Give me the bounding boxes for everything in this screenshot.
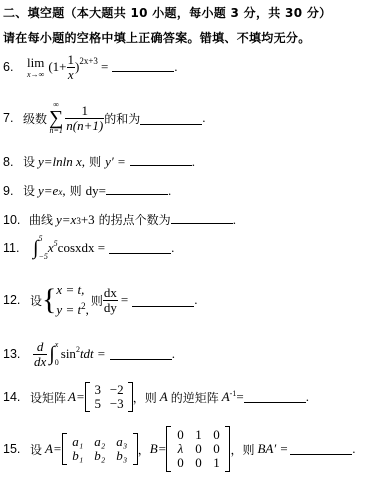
denominator: n(n+1) <box>65 118 104 133</box>
matrix-ref: A <box>160 389 168 405</box>
exponent: 2x+3 <box>79 56 98 66</box>
fraction: 1 n(n+1) <box>65 104 104 133</box>
question-number: 15. <box>3 442 30 456</box>
matrix-a-label: A= <box>45 441 62 457</box>
answer-blank[interactable] <box>244 401 306 403</box>
integral-upper: x <box>55 341 59 349</box>
denominator: dy <box>103 300 118 315</box>
expression-tail: cosxdx = <box>58 240 105 256</box>
expression-2: dy= <box>86 183 106 199</box>
prefix-text: 曲线 <box>29 211 53 228</box>
matrix-cell: 5 <box>90 397 106 411</box>
numerator: 1 <box>81 104 90 118</box>
expression-tail: +3 <box>81 212 95 228</box>
fraction: 1 x <box>67 53 76 82</box>
answer-blank[interactable] <box>106 193 168 195</box>
expression: BA′ = <box>257 441 288 457</box>
prefix-text: 级数 <box>23 110 47 127</box>
matrix-cell: a₃ <box>111 435 133 449</box>
matrix-cell: −2 <box>106 383 128 397</box>
then-text: 则 <box>70 182 82 199</box>
then-text: 则 <box>89 153 101 170</box>
expression: y=e <box>38 183 58 199</box>
matrix-b: 0 1 0 λ 0 0 0 0 1 <box>171 428 225 470</box>
expr-open: (1+ <box>48 59 66 75</box>
section-instruction: 请在每小题的空格中填上正确答案。错填、不填均无分。 <box>3 29 311 46</box>
numerator: 1 <box>67 53 76 67</box>
expression-tail: tdt = <box>80 346 106 362</box>
integral-lower: 0 <box>55 359 59 367</box>
suffix-text: 的和为 <box>104 110 140 127</box>
question-number: 6. <box>3 60 25 74</box>
matrix-cell: b₂ <box>89 449 111 463</box>
denominator: x <box>67 67 75 82</box>
matrix-label: A= <box>68 389 85 405</box>
limit: lim x→∞ <box>27 55 44 79</box>
answer-blank[interactable] <box>112 70 174 72</box>
inverse-label: A <box>222 389 230 405</box>
question-14: 14. 设矩阵 A= 3 −2 5 −3 ，则 A 的逆矩阵 A -1 = . <box>3 379 309 415</box>
then-text: ，则 <box>230 441 254 458</box>
prefix-text: 设 <box>30 441 42 458</box>
matrix-cell: b₁ <box>67 449 89 463</box>
denominator: dx <box>33 354 47 369</box>
answer-blank[interactable] <box>290 453 352 455</box>
period: . <box>202 110 205 126</box>
integral-limits: 5 −5 <box>38 235 47 261</box>
equals: = <box>101 59 108 75</box>
summation: ∞ ∑ n=1 <box>49 101 63 135</box>
expression: sin <box>61 346 76 362</box>
system-line-2: y = t2, <box>56 298 88 318</box>
prefix-text: 设矩阵 <box>30 389 66 406</box>
question-11: 11. ∫ 5 −5 x 5 cosxdx = . <box>3 233 174 263</box>
question-13: 13. d dx ∫ x 0 sin 2 tdt = . <box>3 337 175 371</box>
question-number: 7. <box>3 111 23 125</box>
then-text: ，则 <box>133 389 157 406</box>
equals: = <box>236 389 243 405</box>
integral-limits: x 0 <box>55 341 59 367</box>
exponent: -1 <box>230 389 237 398</box>
comma: ， <box>138 441 150 458</box>
question-number: 10. <box>3 213 29 227</box>
matrix-a: a₁ a₂ a₃ b₁ b₂ b₃ <box>67 435 133 463</box>
matrix-cell: 0 <box>189 456 207 470</box>
system-line-1: x = t, <box>56 282 88 298</box>
question-15: 15. 设 A= a₁ a₂ a₃ b₁ b₂ b₃ ， B= 0 1 0 λ … <box>3 424 355 474</box>
question-number: 11. <box>3 241 33 255</box>
question-number: 13. <box>3 347 33 361</box>
matrix-cell: 0 <box>171 428 189 442</box>
lim-label: lim <box>27 55 44 71</box>
period: . <box>233 212 236 228</box>
answer-blank[interactable] <box>140 123 202 125</box>
numerator: dx <box>103 286 118 300</box>
matrix-a: 3 −2 5 −3 <box>90 383 128 411</box>
matrix-b-label: B= <box>150 441 167 457</box>
matrix-cell: 1 <box>189 428 207 442</box>
line2-expr: y = t <box>56 302 81 317</box>
sum-lower: n=1 <box>49 127 62 135</box>
expression-2: y′ = <box>105 154 126 170</box>
period: . <box>174 59 177 75</box>
section-title: 二、填空题（本大题共 10 小题，每小题 3 分，共 30 分） <box>3 4 331 21</box>
fraction: dx dy <box>103 286 118 315</box>
expression: y=x <box>56 212 76 228</box>
matrix-cell: λ <box>171 442 189 456</box>
period: . <box>171 240 174 256</box>
question-6: 6. lim x→∞ (1+ 1 x ) 2x+3 = . <box>3 52 178 82</box>
answer-blank[interactable] <box>109 252 171 254</box>
expression: y=lnln x, <box>38 154 85 170</box>
period: . <box>352 441 355 457</box>
period: . <box>306 389 309 405</box>
sigma-icon: ∑ <box>49 109 63 127</box>
question-8: 8. 设 y=lnln x, 则 y′ = . <box>3 153 195 170</box>
matrix-cell: 0 <box>171 456 189 470</box>
question-10: 10. 曲线 y=x 3 +3 的拐点个数为 . <box>3 211 236 228</box>
comma: , <box>86 302 89 317</box>
matrix-cell: 3 <box>90 383 106 397</box>
system: x = t, y = t2, <box>56 282 88 318</box>
period: . <box>194 292 197 308</box>
answer-blank[interactable] <box>171 222 233 224</box>
question-9: 9. 设 y=e x , 则 dy= . <box>3 182 171 199</box>
answer-blank[interactable] <box>130 164 192 166</box>
question-number: 8. <box>3 155 23 169</box>
brace-icon: { <box>42 285 56 315</box>
derivative-fraction: d dx <box>33 340 47 369</box>
question-7: 7. 级数 ∞ ∑ n=1 1 n(n+1) 的和为 . <box>3 97 205 139</box>
suffix-text: 的拐点个数为 <box>99 211 171 228</box>
suffix-text: 的逆矩阵 <box>171 389 219 406</box>
question-number: 9. <box>3 184 23 198</box>
matrix-cell: a₁ <box>67 435 89 449</box>
then-text: 则 <box>91 292 103 309</box>
question-number: 14. <box>3 390 30 404</box>
integral-lower: −5 <box>38 253 47 261</box>
numerator: d <box>36 340 45 354</box>
prefix-text: 设 <box>23 182 35 199</box>
question-number: 12. <box>3 293 30 307</box>
equals: = <box>121 292 128 308</box>
matrix-cell: 1 <box>207 456 225 470</box>
matrix-cell: 0 <box>207 428 225 442</box>
answer-blank[interactable] <box>110 358 172 360</box>
prefix-text: 设 <box>23 153 35 170</box>
answer-blank[interactable] <box>132 305 194 307</box>
matrix-cell: 0 <box>189 442 207 456</box>
lim-subscript: x→∞ <box>27 71 44 79</box>
period: . <box>172 346 175 362</box>
period: . <box>168 183 171 199</box>
integral-upper: 5 <box>38 235 47 243</box>
matrix-cell: −3 <box>106 397 128 411</box>
matrix-cell: a₂ <box>89 435 111 449</box>
matrix-cell: 0 <box>207 442 225 456</box>
period: . <box>192 154 195 170</box>
prefix-text: 设 <box>30 292 42 309</box>
comma: , <box>62 183 65 199</box>
question-12: 12. 设 { x = t, y = t2, 则 dx dy = . <box>3 280 197 320</box>
matrix-cell: b₃ <box>111 449 133 463</box>
